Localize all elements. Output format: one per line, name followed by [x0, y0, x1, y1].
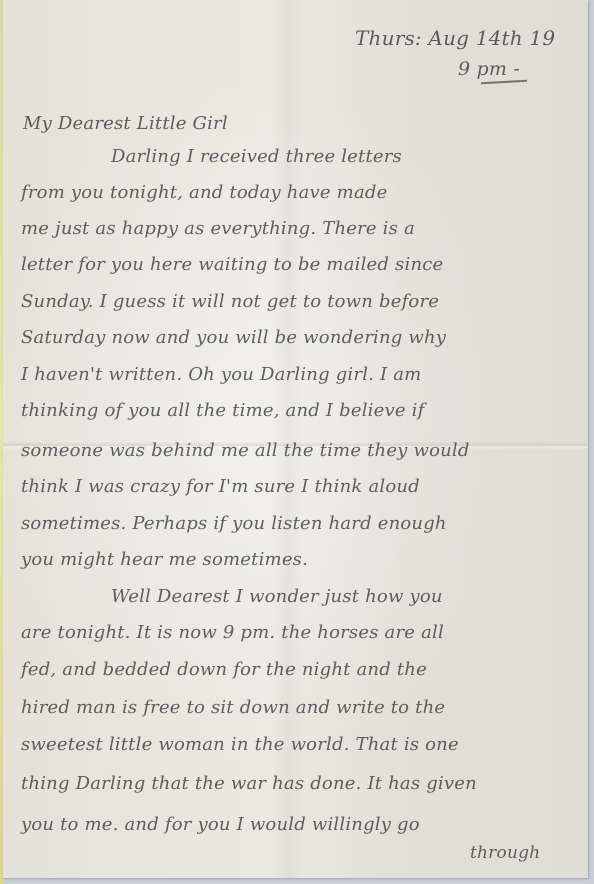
letter-line: think I was crazy for I'm sure I think a…: [21, 476, 420, 497]
letter-line: are tonight. It is now 9 pm. the horses …: [21, 622, 444, 643]
letter-line: hired man is free to sit down and write …: [21, 697, 445, 718]
letter-line: thinking of you all the time, and I beli…: [21, 400, 424, 421]
salutation: My Dearest Little Girl: [23, 113, 228, 134]
letter-line: sweetest little woman in the world. That…: [21, 734, 459, 755]
letter-line: thing Darling that the war has done. It …: [21, 773, 477, 794]
letter-date: Thurs: Aug 14th 19: [355, 26, 555, 50]
letter-time: 9 pm -: [458, 58, 520, 80]
letter-line: Saturday now and you will be wondering w…: [21, 327, 446, 348]
letter-line: Sunday. I guess it will not get to town …: [21, 291, 439, 312]
letter-line: Well Dearest I wonder just how you: [111, 586, 443, 607]
letter-line: I haven't written. Oh you Darling girl. …: [21, 364, 421, 385]
letter-line: someone was behind me all the time they …: [21, 440, 470, 461]
letter-line: me just as happy as everything. There is…: [21, 218, 415, 239]
letter-page: Thurs: Aug 14th 19 9 pm - My Dearest Lit…: [3, 0, 588, 878]
letter-line: Darling I received three letters: [111, 146, 402, 167]
letter-line: you to me. and for you I would willingly…: [21, 814, 420, 835]
letter-line: fed, and bedded down for the night and t…: [21, 659, 427, 680]
letter-line: sometimes. Perhaps if you listen hard en…: [21, 513, 447, 534]
page-continuation-word: through: [470, 843, 540, 863]
letter-line: letter for you here waiting to be mailed…: [21, 254, 443, 275]
time-underline: [481, 80, 527, 84]
letter-line: from you tonight, and today have made: [21, 182, 387, 203]
letter-line: you might hear me sometimes.: [21, 549, 308, 570]
